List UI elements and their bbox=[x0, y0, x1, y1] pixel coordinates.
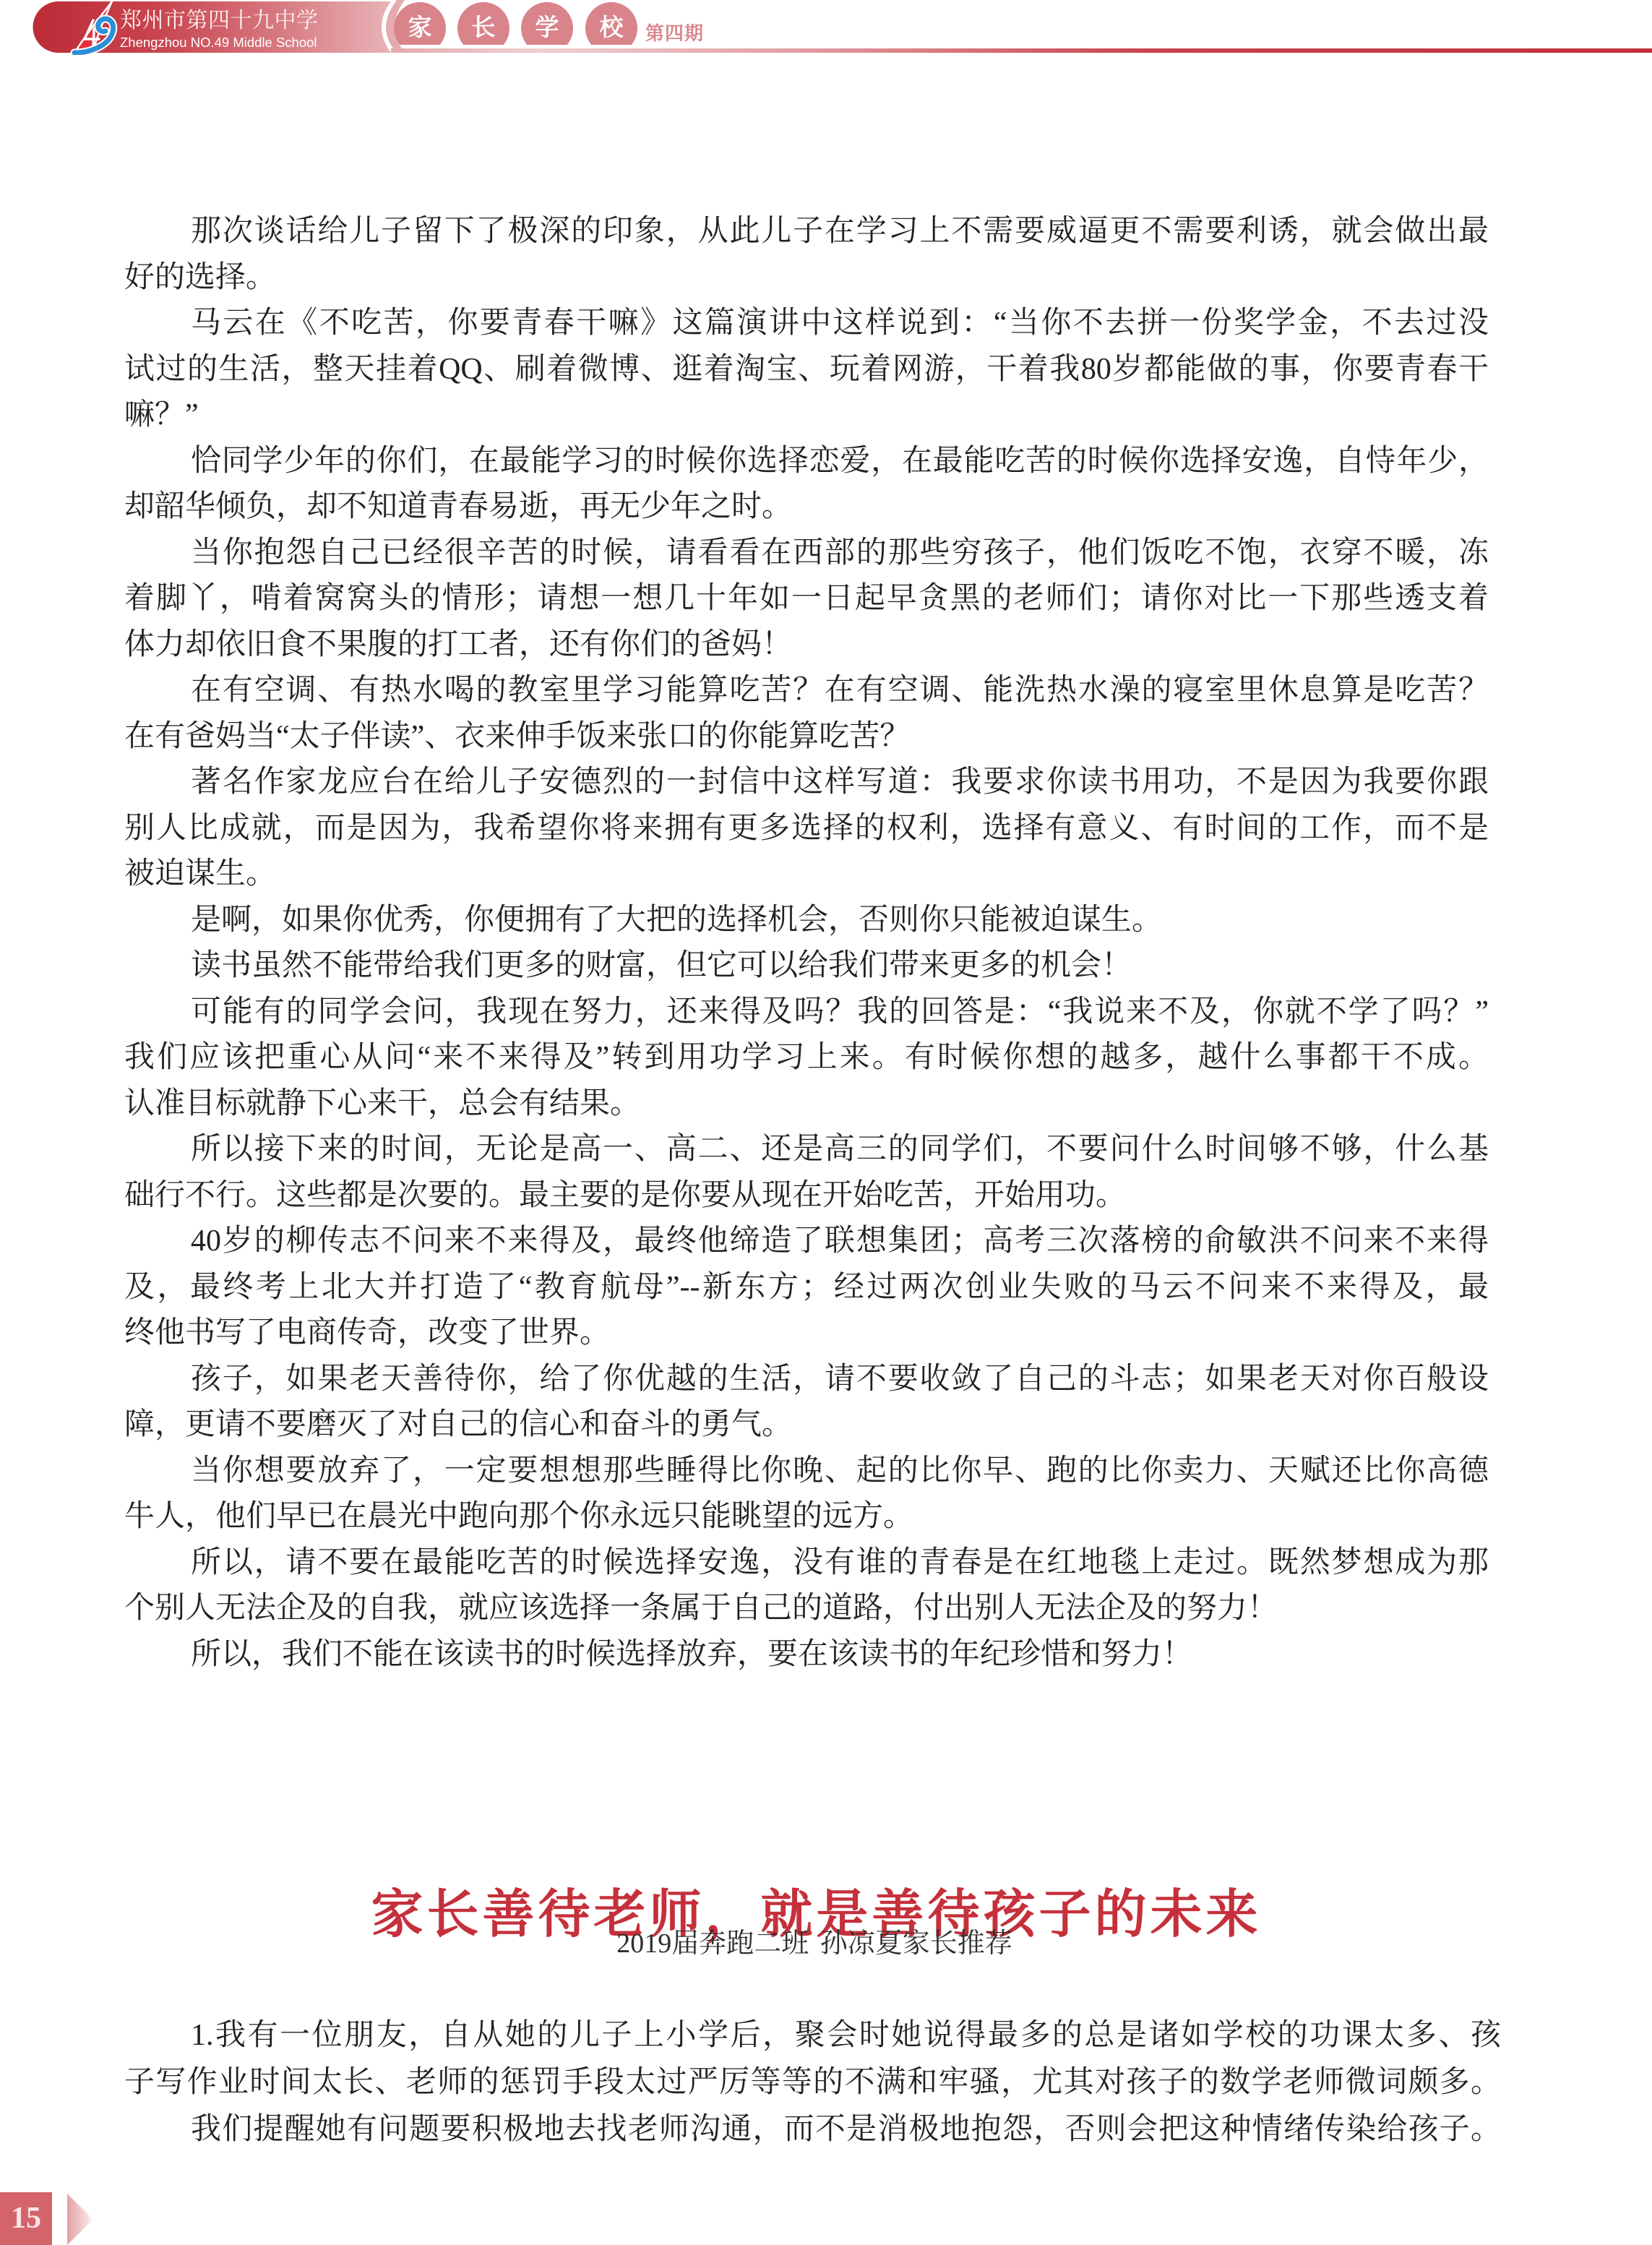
paragraph: 读书虽然不能带给我们更多的财富，但它可以给我们带来更多的机会！ bbox=[124, 943, 1489, 990]
page-number: 15 bbox=[0, 2192, 52, 2245]
text-line: 及，最终考上北大并打造了“教育航母”--新东方；经过两次创业失败的马云不问来不来… bbox=[124, 1265, 1489, 1311]
paragraph: 孩子，如果老天善待你，给了你优越的生活，请不要收敛了自己的斗志；如果老天对你百般… bbox=[124, 1357, 1489, 1448]
text-line: 所以，请不要在最能吃苦的时候选择安逸，没有谁的青春是在红地毯上走过。既然梦想成为… bbox=[124, 1540, 1489, 1587]
text-line: 障，更请不要磨灭了对自己的信心和奋斗的勇气。 bbox=[124, 1402, 1489, 1448]
text-line: 好的选择。 bbox=[124, 255, 1489, 301]
text-line: 础行不行。这些都是次要的。最主要的是你要从现在开始吃苦，开始用功。 bbox=[124, 1173, 1489, 1219]
paragraph: 当你想要放弃了，一定要想想那些睡得比你晚、起的比你早、跑的比你卖力、天赋还比你高… bbox=[124, 1448, 1489, 1540]
text-line: 所以接下来的时间，无论是高一、高二、还是高三的同学们，不要问什么时间够不够，什么… bbox=[124, 1127, 1489, 1173]
text-line: 体力却依旧食不果腹的打工者，还有你们的爸妈！ bbox=[124, 622, 1489, 669]
paragraph: 40岁的柳传志不问来不来得及，最终他缔造了联想集团；高考三次落榜的俞敏洪不问来不… bbox=[124, 1219, 1489, 1357]
text-line: 我们应该把重心从问“来不来得及”转到用功学习上来。有时候你想的越多，越什么事都干… bbox=[124, 1035, 1489, 1081]
text-line: 读书虽然不能带给我们更多的财富，但它可以给我们带来更多的机会！ bbox=[124, 943, 1489, 990]
paragraph: 我们提醒她有问题要积极地去找老师沟通，而不是消极地抱怨，否则会把这种情绪传染给孩… bbox=[124, 2106, 1501, 2153]
text-line: 着脚丫，啃着窝窝头的情形；请想一想几十年如一日起早贪黑的老师们；请你对比一下那些… bbox=[124, 576, 1489, 622]
text-line: 在有空调、有热水喝的教室里学习能算吃苦？在有空调、能洗热水澡的寝室里休息算是吃苦… bbox=[124, 668, 1489, 714]
paragraph: 可能有的同学会问，我现在努力，还来得及吗？我的回答是：“我说来不及，你就不学了吗… bbox=[124, 990, 1489, 1128]
triangle-right-icon bbox=[67, 2194, 93, 2245]
paragraph: 马云在《不吃苦，你要青春干嘛》这篇演讲中这样说到：“当你不去拼一份奖学金，不去过… bbox=[124, 301, 1489, 439]
column-title: 家 长 学 校 bbox=[394, 0, 643, 45]
text-line: 被迫谋生。 bbox=[124, 851, 1489, 898]
paragraph: 在有空调、有热水喝的教室里学习能算吃苦？在有空调、能洗热水澡的寝室里休息算是吃苦… bbox=[124, 668, 1489, 760]
column-title-char: 家 bbox=[394, 2, 446, 45]
paragraph: 所以，请不要在最能吃苦的时候选择安逸，没有谁的青春是在红地毯上走过。既然梦想成为… bbox=[124, 1540, 1489, 1632]
text-line: 所以，我们不能在该读书的时候选择放弃，要在该读书的年纪珍惜和努力！ bbox=[124, 1632, 1489, 1678]
text-line: 个别人无法企及的自我，就应该选择一条属于自己的道路，付出别人无法企及的努力！ bbox=[124, 1586, 1489, 1632]
text-line: 是啊，如果你优秀，你便拥有了大把的选择机会，否则你只能被迫谋生。 bbox=[124, 898, 1489, 944]
paragraph: 那次谈话给儿子留下了极深的印象，从此儿子在学习上不需要威逼更不需要利诱，就会做出… bbox=[124, 209, 1489, 301]
issue-label: 第四期 bbox=[645, 22, 704, 46]
text-line: 子写作业时间太长、老师的惩罚手段太过严厉等等的不满和牢骚，尤其对孩子的数学老师微… bbox=[124, 2059, 1501, 2106]
text-line: 马云在《不吃苦，你要青春干嘛》这篇演讲中这样说到：“当你不去拼一份奖学金，不去过… bbox=[124, 301, 1489, 347]
text-line: 却韶华倾负，却不知道青春易逝，再无少年之时。 bbox=[124, 484, 1489, 531]
text-line: 在有爸妈当“太子伴读”、衣来伸手饭来张口的你能算吃苦？ bbox=[124, 714, 1489, 760]
text-line: 当你想要放弃了，一定要想想那些睡得比你晚、起的比你早、跑的比你卖力、天赋还比你高… bbox=[124, 1448, 1489, 1495]
magazine-page: 郑州市第四十九中学 Zhengzhou NO.49 Middle School … bbox=[0, 0, 1652, 2245]
column-title-char: 学 bbox=[521, 2, 573, 45]
text-line: 当你抱怨自己已经很辛苦的时候，请看看在西部的那些穷孩子，他们饭吃不饱，衣穿不暖，… bbox=[124, 531, 1489, 577]
text-line: 终他书写了电商传奇，改变了世界。 bbox=[124, 1310, 1489, 1357]
school-logo-icon bbox=[70, 0, 118, 55]
paragraph: 著名作家龙应台在给儿子安德烈的一封信中这样写道：我要求你读书用功，不是因为我要你… bbox=[124, 760, 1489, 898]
text-line: 认准目标就静下心来干，总会有结果。 bbox=[124, 1081, 1489, 1128]
paragraph: 是啊，如果你优秀，你便拥有了大把的选择机会，否则你只能被迫谋生。 bbox=[124, 898, 1489, 944]
article-continued: 那次谈话给儿子留下了极深的印象，从此儿子在学习上不需要威逼更不需要利诱，就会做出… bbox=[124, 209, 1489, 1678]
paragraph: 所以，我们不能在该读书的时候选择放弃，要在该读书的年纪珍惜和努力！ bbox=[124, 1632, 1489, 1678]
text-line: 1.我有一位朋友，自从她的儿子上小学后，聚会时她说得最多的总是诸如学校的功课太多… bbox=[124, 2012, 1501, 2059]
paragraph: 所以接下来的时间，无论是高一、高二、还是高三的同学们，不要问什么时间够不够，什么… bbox=[124, 1127, 1489, 1219]
text-line: 别人比成就，而是因为，我希望你将来拥有更多选择的权利，选择有意义、有时间的工作，… bbox=[124, 806, 1489, 852]
text-line: 40岁的柳传志不问来不来得及，最终他缔造了联想集团；高考三次落榜的俞敏洪不问来不… bbox=[124, 1219, 1489, 1265]
text-line: 试过的生活，整天挂着QQ、刷着微博、逛着淘宝、玩着网游，干着我80岁都能做的事，… bbox=[124, 347, 1489, 393]
paragraph: 1.我有一位朋友，自从她的儿子上小学后，聚会时她说得最多的总是诸如学校的功课太多… bbox=[124, 2012, 1501, 2106]
column-title-char: 校 bbox=[585, 2, 637, 45]
text-line: 恰同学少年的你们，在最能学习的时候你选择恋爱，在最能吃苦的时候你选择安逸，自恃年… bbox=[124, 439, 1489, 485]
text-line: 著名作家龙应台在给儿子安德烈的一封信中这样写道：我要求你读书用功，不是因为我要你… bbox=[124, 760, 1489, 806]
column-title-char: 长 bbox=[457, 2, 509, 45]
article-body: 1.我有一位朋友，自从她的儿子上小学后，聚会时她说得最多的总是诸如学校的功课太多… bbox=[124, 2012, 1501, 2153]
text-line: 我们提醒她有问题要积极地去找老师沟通，而不是消极地抱怨，否则会把这种情绪传染给孩… bbox=[124, 2106, 1501, 2153]
paragraph: 当你抱怨自己已经很辛苦的时候，请看看在西部的那些穷孩子，他们饭吃不饱，衣穿不暖，… bbox=[124, 531, 1489, 669]
text-line: 可能有的同学会问，我现在努力，还来得及吗？我的回答是：“我说来不及，你就不学了吗… bbox=[124, 990, 1489, 1036]
school-name-cn: 郑州市第四十九中学 bbox=[120, 8, 319, 34]
text-line: 牛人，他们早已在晨光中跑向那个你永远只能眺望的远方。 bbox=[124, 1494, 1489, 1540]
text-line: 那次谈话给儿子留下了极深的印象，从此儿子在学习上不需要威逼更不需要利诱，就会做出… bbox=[124, 209, 1489, 255]
header-rule bbox=[391, 48, 1652, 53]
paragraph: 恰同学少年的你们，在最能学习的时候你选择恋爱，在最能吃苦的时候你选择安逸，自恃年… bbox=[124, 439, 1489, 531]
school-name-en: Zhengzhou NO.49 Middle School bbox=[120, 35, 317, 51]
article-byline: 2019届奔跑二班 孙凉夏家长推荐 bbox=[124, 1928, 1505, 1959]
text-line: 孩子，如果老天善待你，给了你优越的生活，请不要收敛了自己的斗志；如果老天对你百般… bbox=[124, 1357, 1489, 1403]
text-line: 嘛？” bbox=[124, 392, 1489, 439]
